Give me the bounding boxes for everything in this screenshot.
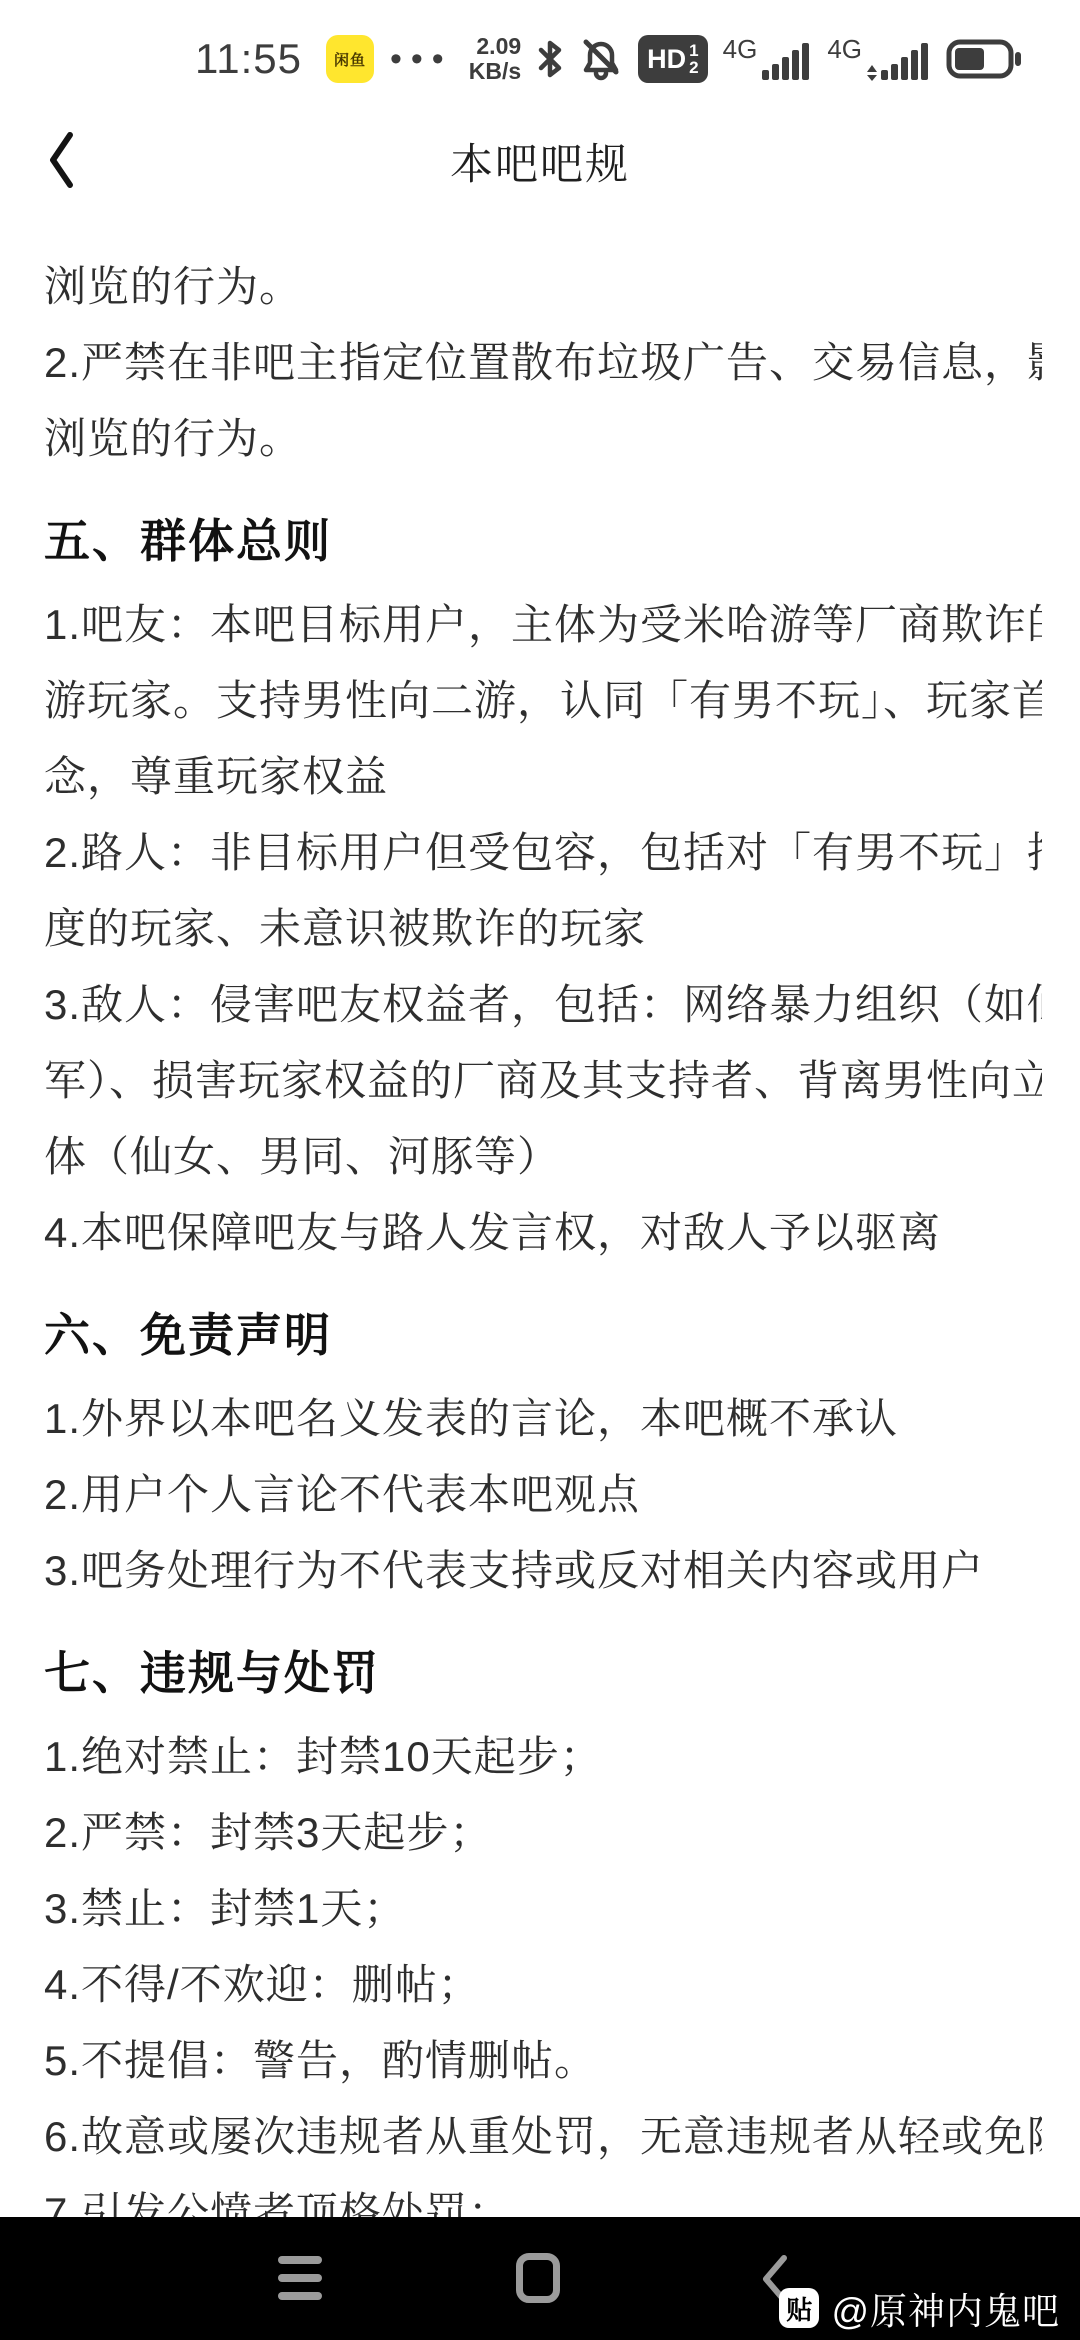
- sim1-signal: 4G: [723, 36, 813, 82]
- sim2-signal: 4G: [827, 36, 931, 82]
- rule-text-line: 军）、损害玩家权益的厂商及其支持者、背离男性向立场的群: [44, 1040, 1042, 1116]
- sim1-signal-bars-icon: [760, 36, 812, 82]
- android-navbar: 贴 @原神内鬼吧: [0, 2217, 1080, 2340]
- rule-text-line: 1.绝对禁止：封禁10天起步；: [44, 1716, 1042, 1792]
- rules-text: 浏览的行为。2.严禁在非吧主指定位置散布垃圾广告、交易信息，影响他人浏览的行为。…: [0, 222, 1080, 2340]
- rule-section-heading: 七、违规与处罚: [44, 1632, 1042, 1708]
- rule-text-line: 2.路人：非目标用户但受包容，包括对「有男不玩」持批判态: [44, 812, 1042, 888]
- watermark-handle: @原神内鬼吧: [831, 2281, 1060, 2335]
- rule-text-line: 3.吧务处理行为不代表支持或反对相关内容或用户: [44, 1530, 1042, 1606]
- rule-text-line: 2.严禁在非吧主指定位置散布垃圾广告、交易信息，影响他人: [44, 322, 1042, 398]
- clock: 11:55: [195, 35, 302, 83]
- rule-text-line: 5.不提倡：警告，酌情删帖。: [44, 2020, 1042, 2096]
- rule-text-line: 度的玩家、未意识被欺诈的玩家: [44, 888, 1042, 964]
- home-button[interactable]: [516, 2253, 560, 2303]
- rule-text-line: 2.严禁：封禁3天起步；: [44, 1792, 1042, 1868]
- rule-text-line: 体（仙女、男同、河豚等）: [44, 1116, 1042, 1192]
- tieba-logo-icon: 贴: [779, 2288, 819, 2328]
- rule-section-heading: 五、群体总则: [44, 500, 1042, 576]
- rule-text-line: 游玩家。支持男性向二游，认同「有男不玩」、玩家首位理: [44, 660, 1042, 736]
- rule-text-line: 4.本吧保障吧友与路人发言权，对敌人予以驱离: [44, 1192, 1042, 1268]
- menu-icon: [278, 2256, 322, 2264]
- rule-section-heading: 六、免责声明: [44, 1294, 1042, 1370]
- rule-text-line: 浏览的行为。: [44, 398, 1042, 474]
- status-bar: 11:55 闲鱼 ••• 2.09 KB/s HD: [0, 0, 1080, 100]
- rule-text-line: 3.敌人：侵害吧友权益者，包括：网络暴力组织（如仙家: [44, 964, 1042, 1040]
- page-title: 本吧吧规: [0, 100, 1080, 222]
- recents-button[interactable]: [278, 2256, 322, 2300]
- rule-text-line: 4.不得/不欢迎：删帖；: [44, 1944, 1042, 2020]
- rule-text-line: 2.用户个人言论不代表本吧观点: [44, 1454, 1042, 1530]
- phone-screen: 11:55 闲鱼 ••• 2.09 KB/s HD: [0, 0, 1080, 2340]
- network-speed-unit: KB/s: [469, 58, 521, 84]
- more-notifications-dots: •••: [390, 40, 453, 79]
- sim2-signal-bars-icon: [865, 36, 931, 82]
- network-speed-value: 2.09: [476, 33, 521, 59]
- watermark: 贴 @原神内鬼吧: [779, 2281, 1060, 2335]
- rule-text-line: 念，尊重玩家权益: [44, 736, 1042, 812]
- battery-icon: [946, 38, 1022, 80]
- rule-text-line: 浏览的行为。: [44, 246, 1042, 322]
- header-bar: 本吧吧规: [0, 100, 1080, 222]
- rule-text-line: 6.故意或屡次违规者从重处罚，无意违规者从轻或免除处罚；: [44, 2096, 1042, 2172]
- bluetooth-icon: [536, 37, 564, 81]
- rule-text-line: 1.外界以本吧名义发表的言论，本吧概不承认: [44, 1378, 1042, 1454]
- rule-text-line: 3.禁止：封禁1天；: [44, 1868, 1042, 1944]
- network-speed: 2.09 KB/s: [469, 34, 521, 84]
- xianyu-notification-icon: 闲鱼: [326, 35, 374, 83]
- hd-volte-badge: HD 1 2: [638, 35, 707, 83]
- bell-muted-icon: [579, 37, 623, 81]
- rule-text-line: 1.吧友：本吧目标用户，主体为受米哈游等厂商欺诈的抽卡手: [44, 584, 1042, 660]
